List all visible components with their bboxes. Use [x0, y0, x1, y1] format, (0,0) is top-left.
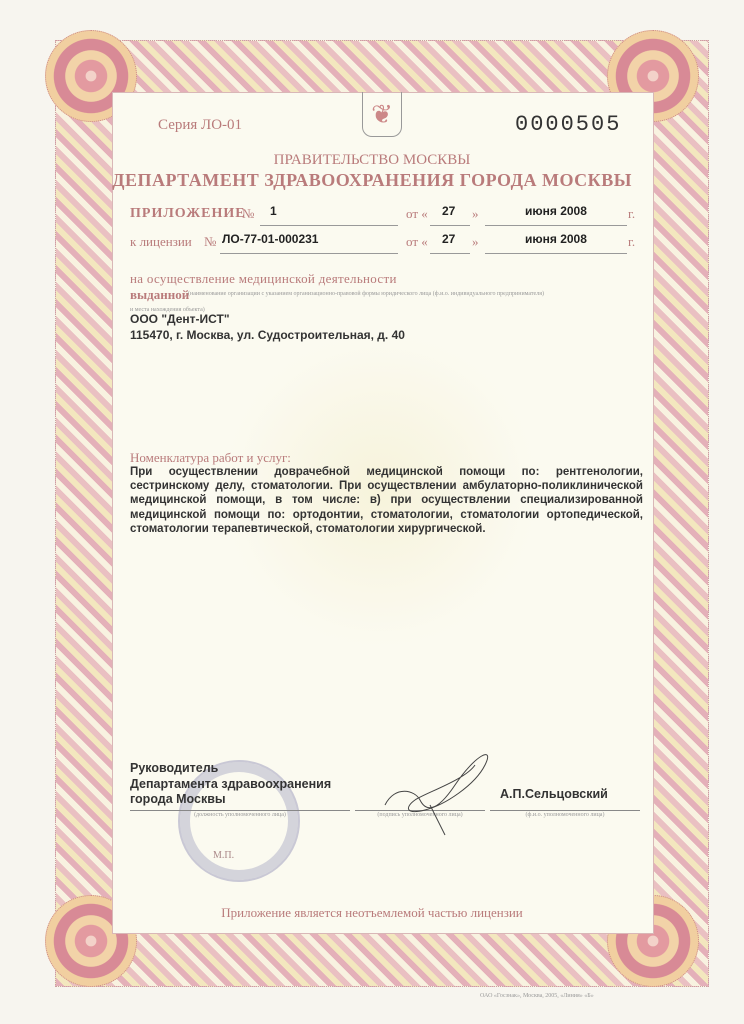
appendix-day: 27	[442, 204, 455, 218]
underline	[220, 253, 398, 254]
name-caption: (ф.и.о. уполномоченного лица)	[490, 812, 640, 818]
department-title: ДЕПАРТАМЕНТ ЗДРАВООХРАНЕНИЯ ГОРОДА МОСКВ…	[0, 170, 744, 191]
series-label: Серия ЛО-01	[158, 117, 242, 134]
post-line: Департамента здравоохранения	[130, 777, 331, 793]
post-line: Руководитель	[130, 761, 331, 777]
year-suffix: г.	[628, 206, 635, 222]
nomenclature-body: При осуществлении доврачебной медицинско…	[130, 465, 643, 536]
government-title: ПРАВИТЕЛЬСТВО МОСКВЫ	[0, 152, 744, 169]
appendix-date: июня 2008	[525, 204, 587, 218]
underline	[260, 225, 398, 226]
purpose-text: на осуществление медицинской деятельност…	[130, 271, 397, 287]
no-sign: №	[242, 206, 254, 222]
signatory-post: Руководитель Департамента здравоохранени…	[130, 761, 331, 808]
issued-label: выданной	[130, 287, 189, 303]
underline	[430, 253, 470, 254]
underline	[485, 253, 627, 254]
post-line-rule	[130, 810, 350, 811]
signatory-name: А.П.Сельцовский	[500, 787, 608, 801]
organization-name: ООО "Дент-ИСТ"	[130, 312, 230, 326]
name-line-rule	[490, 810, 640, 811]
underline	[485, 225, 627, 226]
appendix-number: 1	[270, 204, 277, 218]
footer-note: Приложение является неотъемлемой частью …	[0, 905, 744, 921]
close-quote: »	[472, 206, 479, 222]
underline	[430, 225, 470, 226]
signature-icon	[375, 745, 505, 840]
license-row: к лицензии № ЛО-77-01-000231 от « 27 » и…	[130, 234, 640, 254]
close-quote: »	[472, 234, 479, 250]
no-sign: №	[204, 234, 216, 250]
nomenclature-title: Номенклатура работ и услуг:	[130, 450, 291, 466]
issued-hint: (наименование организации с указанием ор…	[188, 291, 544, 297]
license-day: 27	[442, 232, 455, 246]
organization-address: 115470, г. Москва, ул. Судостроительная,…	[130, 328, 405, 342]
post-line: города Москвы	[130, 792, 331, 808]
year-suffix: г.	[628, 234, 635, 250]
license-number: ЛО-77-01-000231	[222, 232, 318, 246]
license-label: к лицензии	[130, 234, 192, 250]
printer-imprint: ОАО «Госзнак», Москва, 2005, «Линия» «Б»	[480, 993, 594, 999]
appendix-row: ПРИЛОЖЕНИЕ № 1 от « 27 » июня 2008 г.	[130, 206, 640, 226]
form-number: 0000505	[515, 112, 621, 137]
from-label: от «	[406, 234, 428, 250]
seal-mark: М.П.	[213, 850, 234, 861]
post-caption: (должность уполномоченного лица)	[130, 812, 350, 818]
license-date: июня 2008	[525, 232, 587, 246]
coat-of-arms-icon: ❦	[362, 92, 402, 137]
from-label: от «	[406, 206, 428, 222]
appendix-label: ПРИЛОЖЕНИЕ	[130, 206, 246, 222]
